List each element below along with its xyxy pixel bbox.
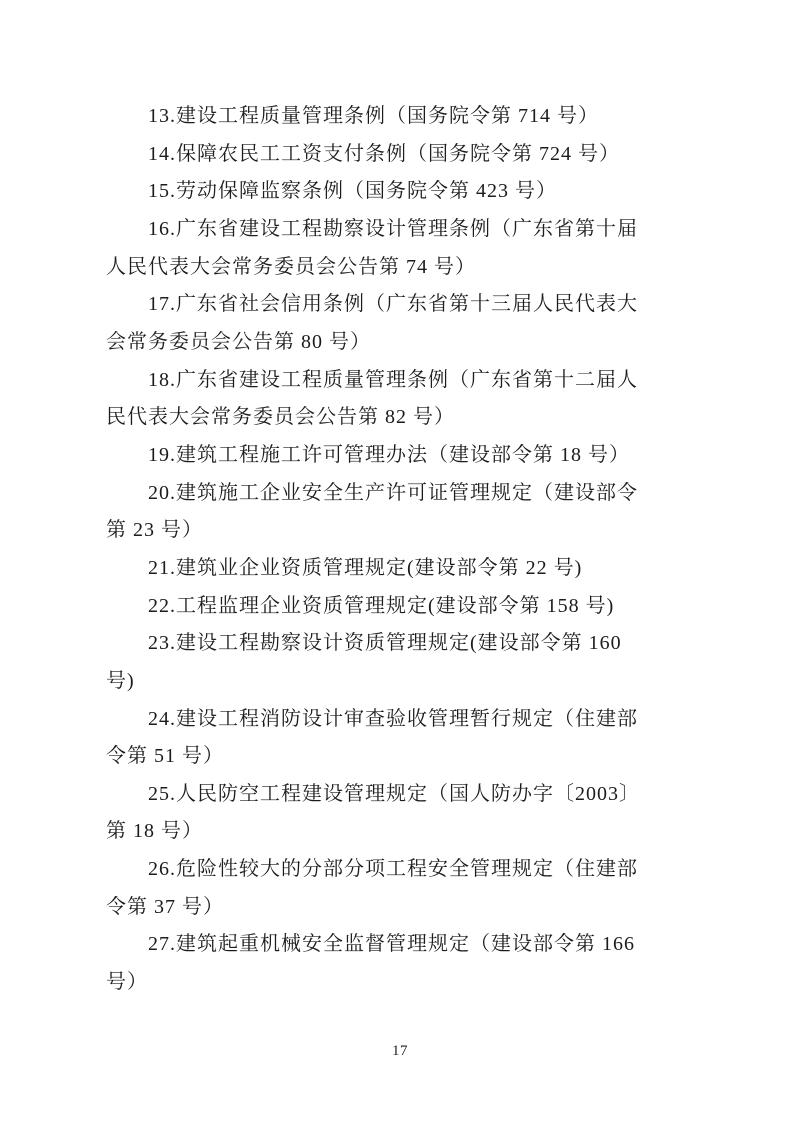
- item-line-continuation: 民代表大会常务委员会公告第 82 号）: [106, 399, 678, 437]
- list-item: 23.建设工程勘察设计资质管理规定(建设部令第 160号): [106, 625, 678, 700]
- item-line-continuation: 号): [106, 663, 678, 701]
- list-item: 25.人民防空工程建设管理规定（国人防办字〔2003〕第 18 号）: [106, 776, 678, 851]
- page-number: 17: [392, 1043, 408, 1059]
- item-line-first: 13.建设工程质量管理条例（国务院令第 714 号）: [106, 98, 678, 136]
- list-item: 20.建筑施工企业安全生产许可证管理规定（建设部令第 23 号）: [106, 475, 678, 550]
- item-line-first: 14.保障农民工工资支付条例（国务院令第 724 号）: [106, 136, 678, 174]
- item-line-continuation: 人民代表大会常务委员会公告第 74 号）: [106, 249, 678, 287]
- item-line-first: 27.建筑起重机械安全监督管理规定（建设部令第 166: [106, 926, 678, 964]
- item-line-first: 24.建设工程消防设计审查验收管理暂行规定（住建部: [106, 701, 678, 739]
- item-line-first: 25.人民防空工程建设管理规定（国人防办字〔2003〕: [106, 776, 678, 814]
- list-item: 13.建设工程质量管理条例（国务院令第 714 号）: [106, 98, 678, 136]
- list-item: 16.广东省建设工程勘察设计管理条例（广东省第十届人民代表大会常务委员会公告第 …: [106, 211, 678, 286]
- item-line-first: 15.劳动保障监察条例（国务院令第 423 号）: [106, 173, 678, 211]
- list-item: 18.广东省建设工程质量管理条例（广东省第十二届人民代表大会常务委员会公告第 8…: [106, 362, 678, 437]
- item-line-continuation: 号）: [106, 964, 678, 1002]
- item-line-continuation: 第 18 号）: [106, 813, 678, 851]
- regulation-list: 13.建设工程质量管理条例（国务院令第 714 号）14.保障农民工工资支付条例…: [106, 98, 678, 1002]
- item-line-continuation: 第 23 号）: [106, 512, 678, 550]
- list-item: 21.建筑业企业资质管理规定(建设部令第 22 号): [106, 550, 678, 588]
- item-line-continuation: 会常务委员会公告第 80 号）: [106, 324, 678, 362]
- list-item: 27.建筑起重机械安全监督管理规定（建设部令第 166号）: [106, 926, 678, 1001]
- item-line-first: 19.建筑工程施工许可管理办法（建设部令第 18 号）: [106, 437, 678, 475]
- list-item: 15.劳动保障监察条例（国务院令第 423 号）: [106, 173, 678, 211]
- item-line-first: 21.建筑业企业资质管理规定(建设部令第 22 号): [106, 550, 678, 588]
- list-item: 22.工程监理企业资质管理规定(建设部令第 158 号): [106, 588, 678, 626]
- list-item: 19.建筑工程施工许可管理办法（建设部令第 18 号）: [106, 437, 678, 475]
- item-line-first: 18.广东省建设工程质量管理条例（广东省第十二届人: [106, 362, 678, 400]
- item-line-continuation: 令第 51 号）: [106, 738, 678, 776]
- item-line-first: 17.广东省社会信用条例（广东省第十三届人民代表大: [106, 286, 678, 324]
- item-line-continuation: 令第 37 号）: [106, 889, 678, 927]
- list-item: 24.建设工程消防设计审查验收管理暂行规定（住建部令第 51 号）: [106, 701, 678, 776]
- item-line-first: 20.建筑施工企业安全生产许可证管理规定（建设部令: [106, 475, 678, 513]
- list-item: 14.保障农民工工资支付条例（国务院令第 724 号）: [106, 136, 678, 174]
- page-footer: 17: [0, 1041, 800, 1061]
- list-item: 17.广东省社会信用条例（广东省第十三届人民代表大会常务委员会公告第 80 号）: [106, 286, 678, 361]
- list-item: 26.危险性较大的分部分项工程安全管理规定（住建部令第 37 号）: [106, 851, 678, 926]
- item-line-first: 23.建设工程勘察设计资质管理规定(建设部令第 160: [106, 625, 678, 663]
- item-line-first: 22.工程监理企业资质管理规定(建设部令第 158 号): [106, 588, 678, 626]
- item-line-first: 26.危险性较大的分部分项工程安全管理规定（住建部: [106, 851, 678, 889]
- item-line-first: 16.广东省建设工程勘察设计管理条例（广东省第十届: [106, 211, 678, 249]
